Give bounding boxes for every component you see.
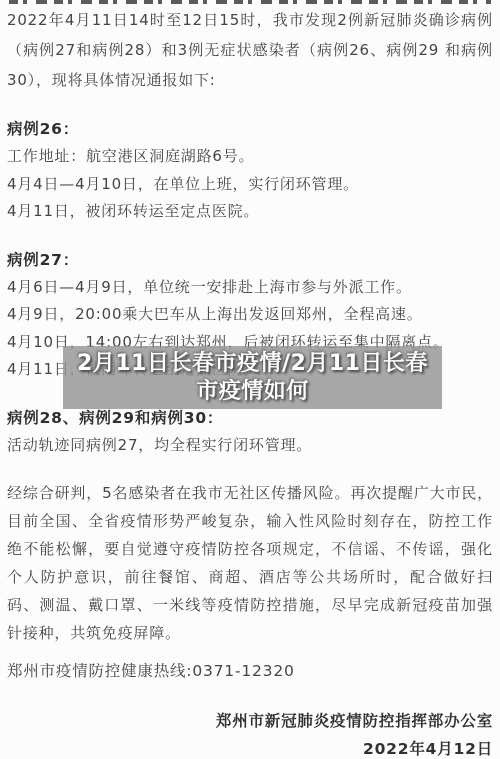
signature-block: 郑州市新冠肺炎疫情防控指挥部办公室 2022年4月12日 — [7, 707, 493, 759]
watermark-title-banner: 2月11日长春市疫情/2月11日长春市疫情如何 — [63, 346, 442, 409]
case-line: 4月6日—4月9日，单位统一安排赴上海市参与外派工作。 — [7, 274, 493, 302]
signature-org: 郑州市新冠肺炎疫情防控指挥部办公室 — [7, 707, 493, 735]
case-title: 病例27： — [7, 247, 493, 274]
hotline-text: 郑州市疫情防控健康热线:0371-12320 — [7, 660, 493, 682]
case-title: 病例26： — [7, 116, 493, 143]
clipped-text-remnant — [9, 0, 491, 4]
case-section-28-29-30: 病例28、病例29和病例30： 活动轨迹同病例27，均全程实行闭环管理。 — [7, 405, 493, 460]
case-line: 4月9日，20:00乘大巴车从上海出发返回郑州，全程高速。 — [7, 301, 493, 329]
case-line: 活动轨迹同病例27，均全程实行闭环管理。 — [7, 432, 493, 460]
case-line: 工作地址：航空港区洞庭湖路6号。 — [7, 143, 493, 171]
advisory-paragraph: 经综合研判，5名感染者在我市无社区传播风险。再次提醒广大市民，目前全国、全省疫情… — [7, 479, 493, 647]
signature-date: 2022年4月12日 — [7, 735, 493, 759]
case-section-26: 病例26： 工作地址：航空港区洞庭湖路6号。 4月4日—4月10日，在单位上班，… — [7, 116, 493, 226]
case-line: 4月11日，被闭环转运至定点医院。 — [7, 198, 493, 226]
intro-paragraph: 2022年4月11日14时至12日15时，我市发现2例新冠肺炎确诊病例（病例27… — [7, 5, 493, 95]
case-line: 4月4日—4月10日，在单位上班，实行闭环管理。 — [7, 171, 493, 199]
watermark-title-text: 2月11日长春市疫情/2月11日长春市疫情如何 — [63, 350, 442, 406]
